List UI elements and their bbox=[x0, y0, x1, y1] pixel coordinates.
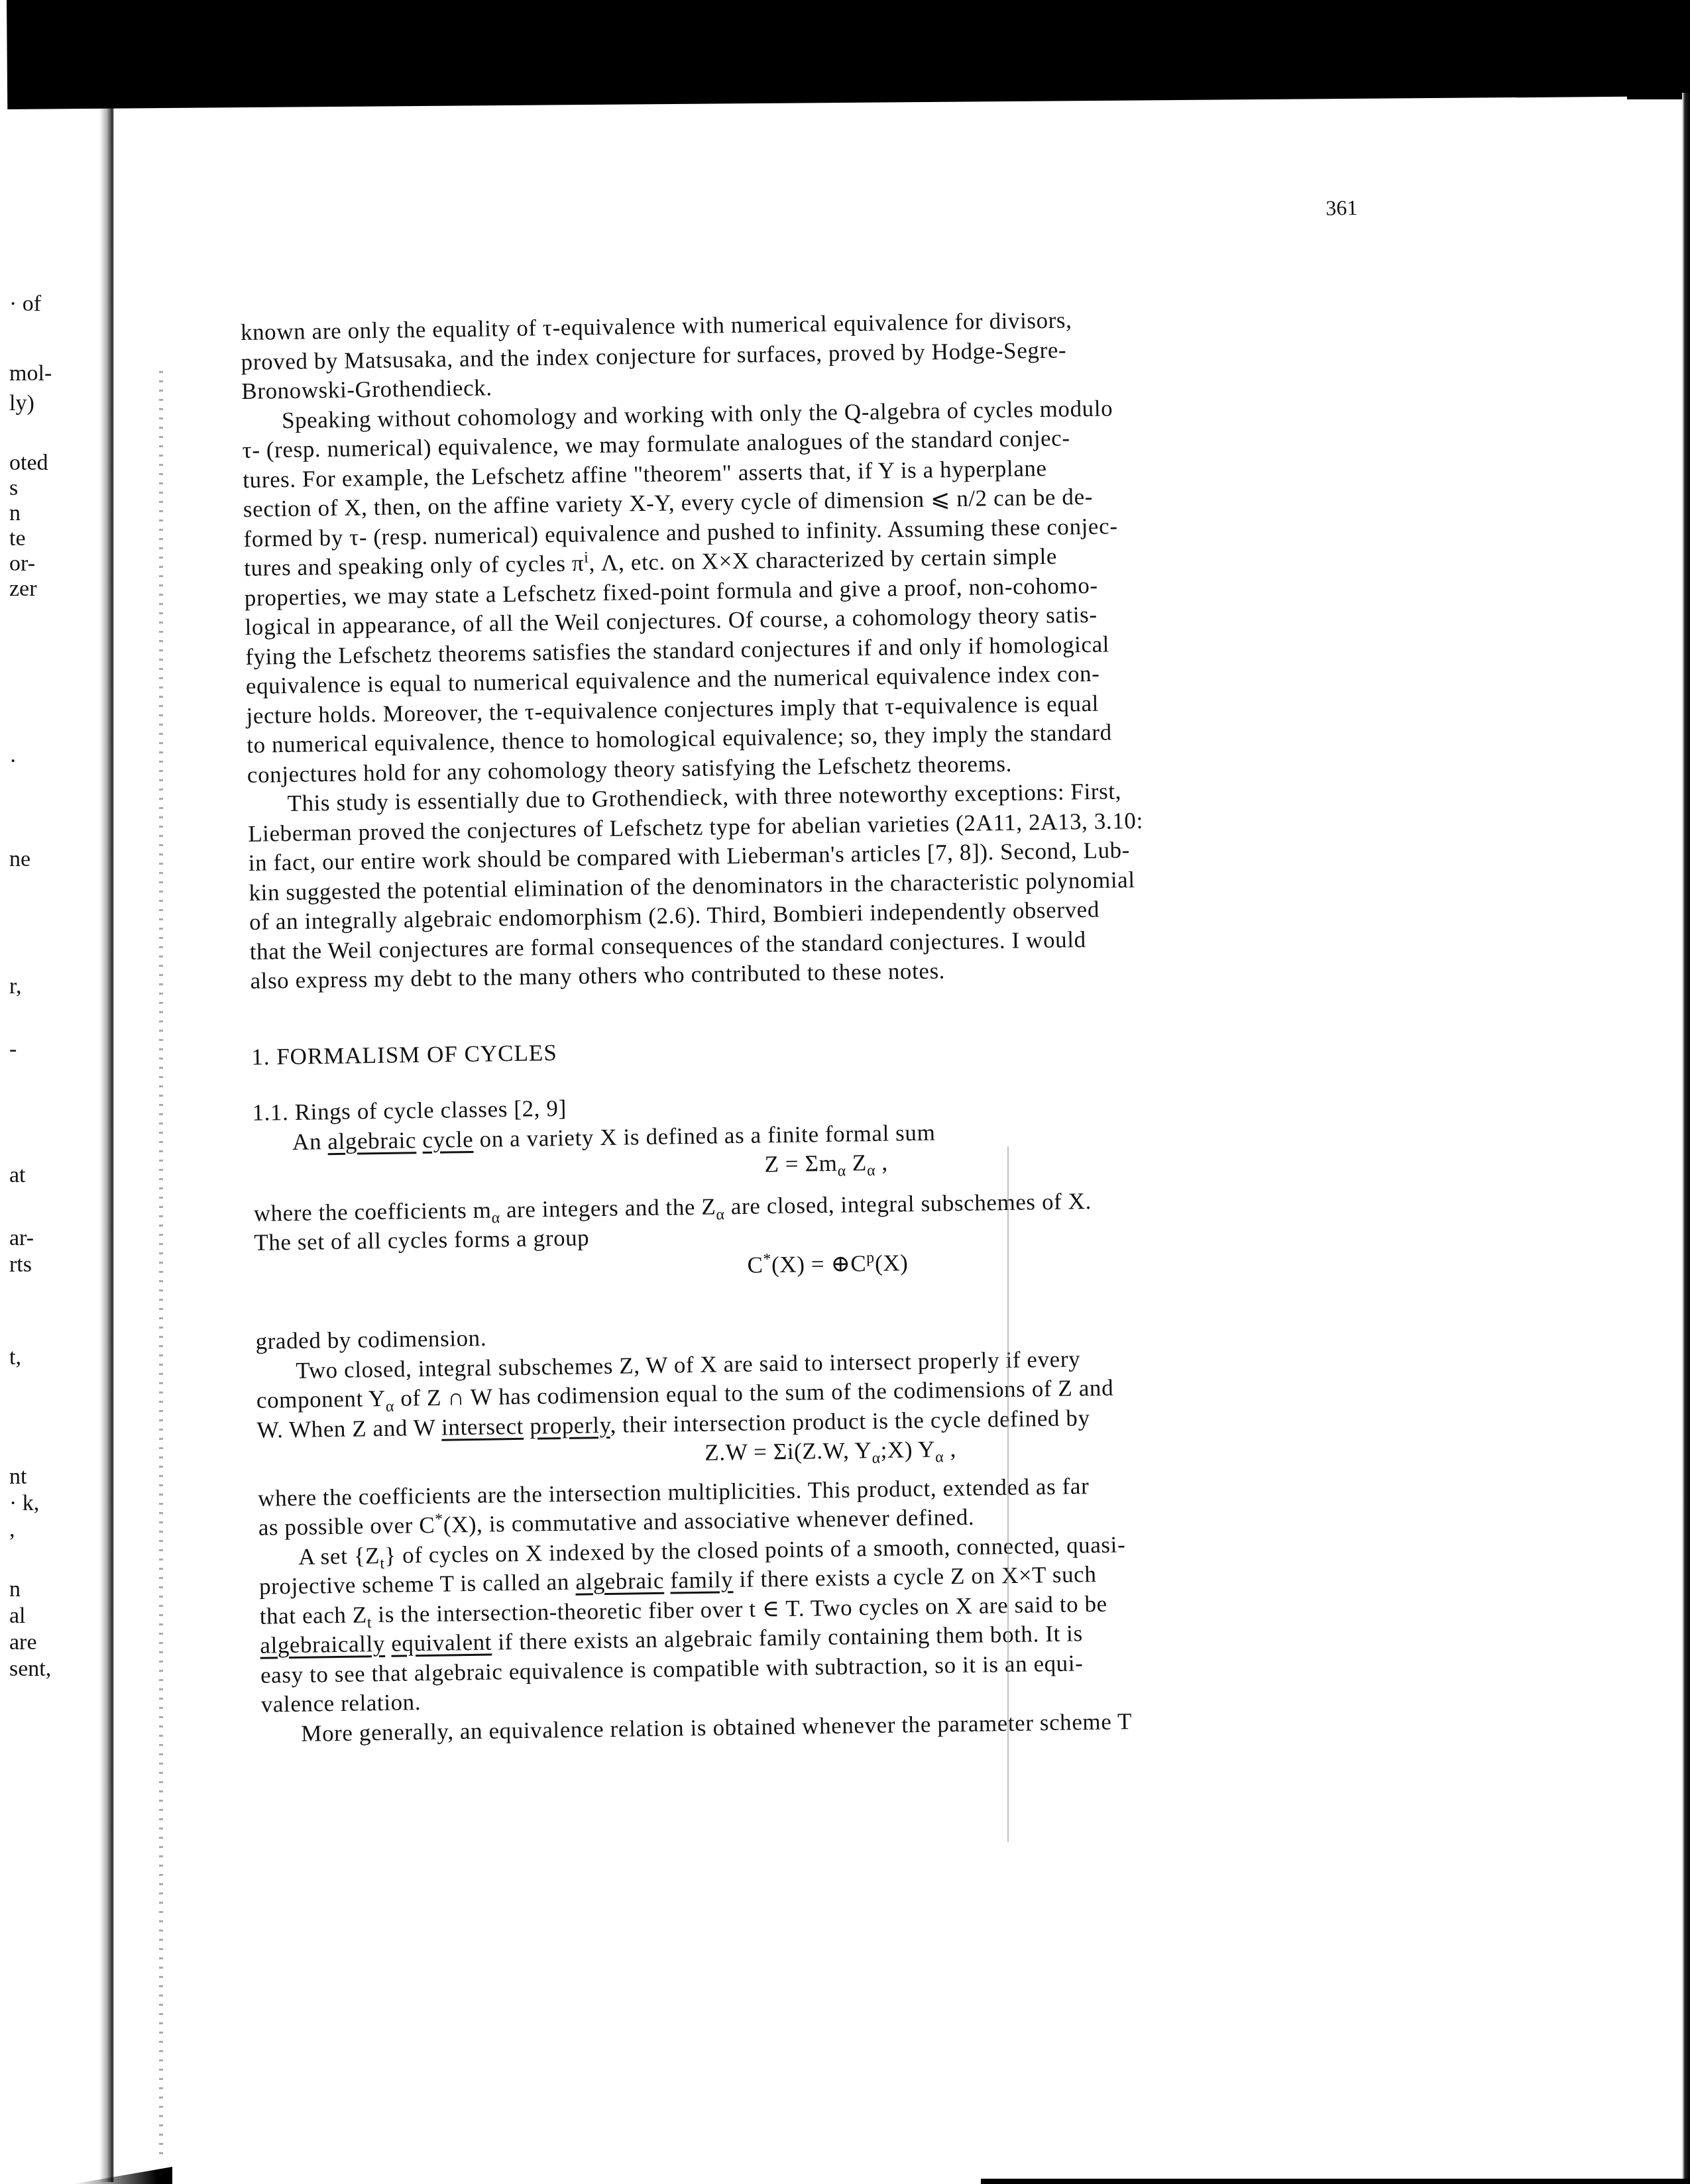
text-span: C bbox=[747, 1252, 763, 1278]
text-span: on a variety X is defined as a finite fo… bbox=[473, 1119, 936, 1152]
text-span: Z = Σm bbox=[764, 1150, 837, 1177]
text-span: component Y bbox=[256, 1386, 386, 1413]
text-span: (X) bbox=[875, 1250, 909, 1276]
subscript: α bbox=[872, 1450, 881, 1467]
scan-noise-column bbox=[159, 371, 163, 2160]
text-span: (X), is commutative and associative when… bbox=[443, 1504, 975, 1538]
facing-page-fragment: r, bbox=[9, 974, 21, 999]
facing-page-fragment: nt bbox=[9, 1464, 27, 1490]
facing-page-fragment: te bbox=[9, 526, 26, 551]
underlined-term: algebraically bbox=[260, 1631, 385, 1659]
text-span: projective scheme T is called an bbox=[259, 1569, 576, 1600]
text-span: that each Z bbox=[259, 1602, 367, 1629]
text-span: tures and speaking only of cycles π bbox=[244, 550, 585, 581]
subscript: α bbox=[386, 1398, 395, 1415]
underlined-term: equivalent bbox=[391, 1629, 492, 1657]
text-span bbox=[385, 1631, 392, 1657]
book-gutter-shadow bbox=[99, 108, 114, 2182]
facing-page-fragment: at bbox=[9, 1163, 26, 1188]
facing-page-fragment: zer bbox=[9, 576, 37, 602]
text-span: W. When Z and W bbox=[256, 1414, 441, 1443]
text-span: An bbox=[292, 1128, 328, 1155]
superscript: * bbox=[435, 1511, 443, 1528]
facing-page-fragment: , bbox=[9, 1517, 15, 1543]
facing-page-bleed: · of mol- ly) oted s n te or- zer · ne r… bbox=[0, 0, 99, 2184]
text-span: ;X) Y bbox=[880, 1437, 935, 1463]
scan-bottom-edge bbox=[981, 2179, 1690, 2184]
facing-page-fragment: sent, bbox=[9, 1657, 51, 1682]
facing-page-fragment: - bbox=[9, 1037, 17, 1062]
document-page: 361 known are only the equality of τ-equ… bbox=[239, 181, 1469, 1855]
text-span: , Λ, etc. on X×X characterized by certai… bbox=[589, 543, 1057, 576]
underlined-term: properly bbox=[530, 1411, 610, 1439]
facing-page-fragment: rts bbox=[9, 1252, 32, 1278]
text-span bbox=[524, 1413, 530, 1439]
subscript: α bbox=[837, 1163, 846, 1180]
underlined-term: algebraic bbox=[327, 1127, 416, 1154]
subscript: α bbox=[491, 1209, 500, 1227]
text-span: as possible over C bbox=[258, 1512, 435, 1541]
subscript: α bbox=[867, 1162, 876, 1179]
facing-page-fragment: t, bbox=[9, 1345, 21, 1370]
facing-page-fragment: ly) bbox=[9, 391, 34, 416]
underlined-term: intersect bbox=[441, 1413, 524, 1440]
facing-page-fragment: s bbox=[9, 476, 18, 501]
scan-top-dark-band bbox=[7, 0, 1690, 109]
text-span: if there exists a cycle Z on X×T such bbox=[733, 1561, 1097, 1592]
facing-page-fragment: n bbox=[9, 1577, 21, 1602]
text-span: Z.W = Σi(Z.W, Y bbox=[704, 1437, 872, 1466]
text-span: , bbox=[875, 1150, 888, 1175]
facing-page-fragment: or- bbox=[9, 551, 35, 576]
page-number: 361 bbox=[1325, 195, 1358, 221]
text-span: (X) = ⊕C bbox=[771, 1250, 867, 1278]
text-span: , their intersection product is the cycl… bbox=[610, 1405, 1090, 1438]
facing-page-fragment: ne bbox=[9, 847, 30, 872]
facing-page-fragment: oted bbox=[9, 451, 48, 476]
underlined-term: algebraic bbox=[575, 1568, 664, 1595]
facing-page-fragment: n bbox=[9, 501, 21, 526]
text-span: A set {Z bbox=[298, 1543, 380, 1570]
facing-page-fragment: mol- bbox=[9, 361, 52, 386]
facing-page-fragment: ar- bbox=[9, 1226, 34, 1251]
superscript: p bbox=[866, 1249, 875, 1266]
subscript: α bbox=[716, 1206, 725, 1223]
scan-crease-line bbox=[1007, 1146, 1009, 1842]
facing-page-fragment: al bbox=[9, 1604, 26, 1629]
scan-right-edge bbox=[1682, 93, 1690, 2184]
text-span: , bbox=[944, 1436, 956, 1462]
facing-page-fragment: · k, bbox=[9, 1491, 39, 1516]
facing-page-fragment: are bbox=[9, 1630, 37, 1655]
scan-top-right-corner bbox=[1627, 0, 1690, 99]
text-span: Z bbox=[846, 1150, 867, 1175]
text-span: are closed, integral subschemes of X. bbox=[724, 1188, 1092, 1219]
facing-page-fragment: · of bbox=[9, 292, 41, 317]
subscript: α bbox=[935, 1448, 944, 1466]
facing-page-fragment: · bbox=[9, 749, 17, 774]
page-body: known are only the equality of τ-equival… bbox=[241, 300, 1448, 1749]
superscript: * bbox=[763, 1250, 771, 1268]
text-span: where the coefficients m bbox=[253, 1197, 491, 1226]
underlined-term: cycle bbox=[422, 1126, 473, 1152]
underlined-term: family bbox=[670, 1566, 734, 1593]
text-span: are integers and the Z bbox=[500, 1193, 716, 1223]
